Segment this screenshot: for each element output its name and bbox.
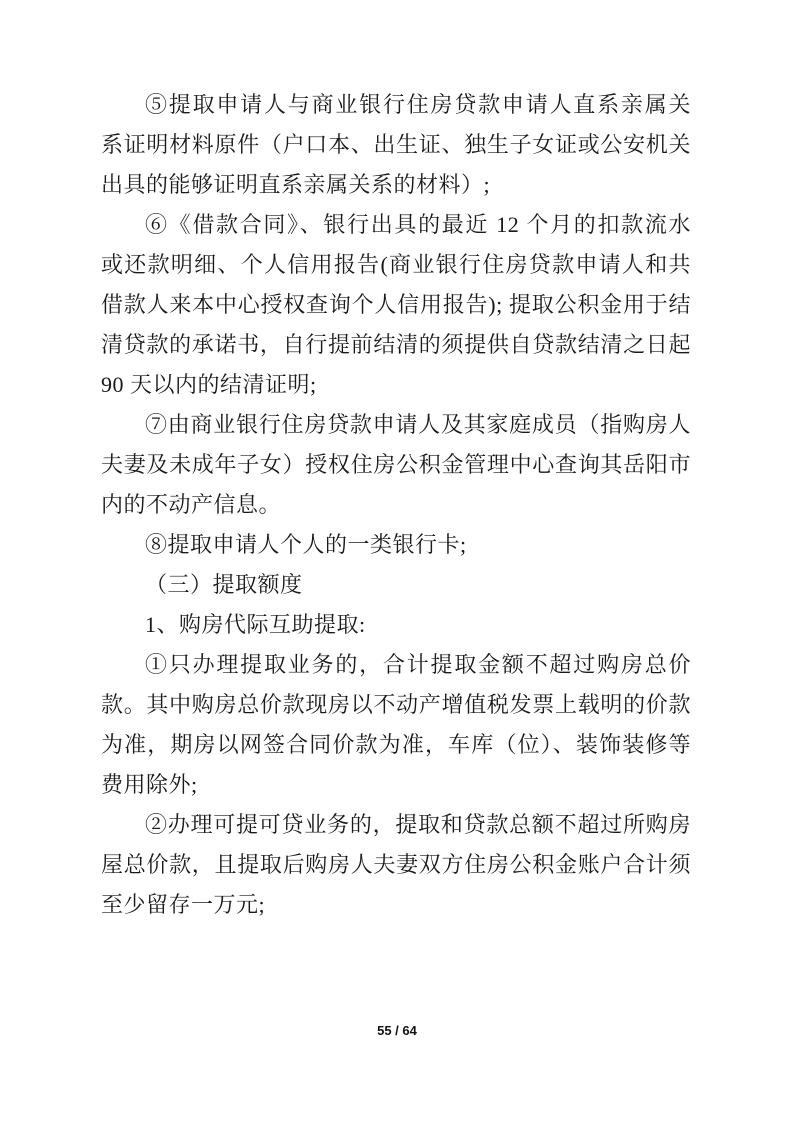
text-line: 90 天以内的结清证明; xyxy=(101,365,691,405)
text-line: 费用除外; xyxy=(101,765,691,805)
paragraph: ①只办理提取业务的，合计提取金额不超过购房总价 款。其中购房总价款现房以不动产增… xyxy=(101,645,691,805)
page-number: 55 / 64 xyxy=(0,1022,794,1040)
text-line: ⑧提取申请人个人的一类银行卡; xyxy=(101,525,691,565)
text-line: 或还款明细、个人信用报告(商业银行住房贷款申请人和共同 xyxy=(101,245,691,285)
paragraph sub-heading: 1、购房代际互助提取: xyxy=(101,605,691,645)
text-line: 系证明材料原件（户口本、出生证、独生子女证或公安机关 xyxy=(101,125,691,165)
paragraph section-heading: （三）提取额度 xyxy=(101,565,691,605)
text-line: 屋总价款，且提取后购房人夫妻双方住房公积金账户合计须 xyxy=(101,845,691,885)
document-body-text: ⑤提取申请人与商业银行住房贷款申请人直系亲属关 系证明材料原件（户口本、出生证、… xyxy=(101,85,691,925)
text-line: ①只办理提取业务的，合计提取金额不超过购房总价 xyxy=(101,645,691,685)
sub-heading-line: 1、购房代际互助提取: xyxy=(101,605,691,645)
paragraph: ⑧提取申请人个人的一类银行卡; xyxy=(101,525,691,565)
paragraph: ⑦由商业银行住房贷款申请人及其家庭成员（指购房人 夫妻及未成年子女）授权住房公积… xyxy=(101,405,691,525)
text-line: ②办理可提可贷业务的，提取和贷款总额不超过所购房 xyxy=(101,805,691,845)
text-line: 为准，期房以网签合同价款为准，车库（位）、装饰装修等 xyxy=(101,725,691,765)
text-line: 内的不动产信息。 xyxy=(101,485,691,525)
text-line: 至少留存一万元; xyxy=(101,885,691,925)
text-line: 出具的能够证明直系亲属关系的材料）; xyxy=(101,165,691,205)
paragraph: ⑥《借款合同》、银行出具的最近 12 个月的扣款流水 或还款明细、个人信用报告(… xyxy=(101,205,691,405)
text-line: ⑥《借款合同》、银行出具的最近 12 个月的扣款流水 xyxy=(101,205,691,245)
section-heading-line: （三）提取额度 xyxy=(101,565,691,605)
text-line: ⑤提取申请人与商业银行住房贷款申请人直系亲属关 xyxy=(101,85,691,125)
text-line: 借款人来本中心授权查询个人信用报告); 提取公积金用于结 xyxy=(101,285,691,325)
paragraph: ⑤提取申请人与商业银行住房贷款申请人直系亲属关 系证明材料原件（户口本、出生证、… xyxy=(101,85,691,205)
text-line: 清贷款的承诺书，自行提前结清的须提供自贷款结清之日起 xyxy=(101,325,691,365)
text-line: 款。其中购房总价款现房以不动产增值税发票上载明的价款 xyxy=(101,685,691,725)
text-line: 夫妻及未成年子女）授权住房公积金管理中心查询其岳阳市 xyxy=(101,445,691,485)
document-page: ⑤提取申请人与商业银行住房贷款申请人直系亲属关 系证明材料原件（户口本、出生证、… xyxy=(0,0,794,1122)
text-line: ⑦由商业银行住房贷款申请人及其家庭成员（指购房人 xyxy=(101,405,691,445)
paragraph: ②办理可提可贷业务的，提取和贷款总额不超过所购房 屋总价款，且提取后购房人夫妻双… xyxy=(101,805,691,925)
